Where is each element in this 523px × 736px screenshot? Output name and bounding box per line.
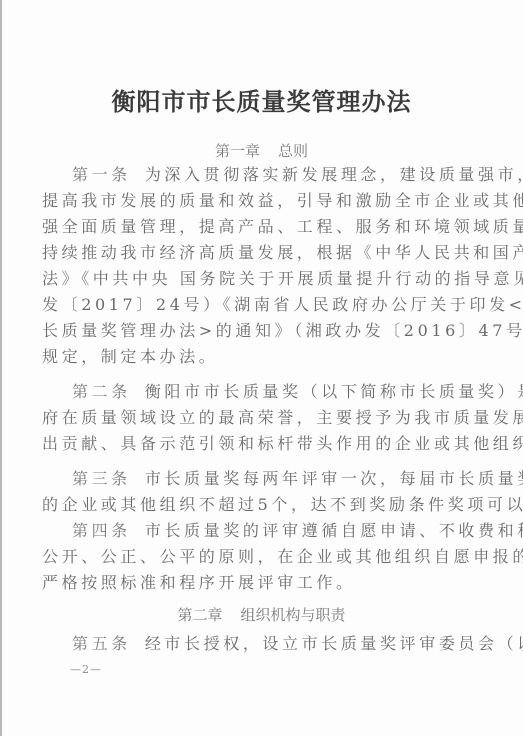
chapter-heading-1: 第一章总则 [0, 140, 523, 161]
article-text: 市长质量奖每两年评审一次，每届市长质量奖获奖 [145, 469, 523, 488]
chapter-number: 第二章 [177, 606, 222, 624]
article-2-line-1: 第二条衡阳市市长质量奖（以下简称市长质量奖）是市政 [72, 382, 462, 402]
article-1-line-3: 强全面质量管理，提高产品、工程、服务和环境领域质量水平， [42, 217, 462, 237]
article-4-line-2: 公开、公正、公平的原则，在企业或其他组织自愿申报的基础上， [42, 547, 462, 567]
article-5-line-1: 第五条经市长授权，设立市长质量奖评审委员会（以下简 [72, 634, 462, 654]
article-1-line-6: 发〔2017〕24号）《湖南省人民政府办公厅关于印发<湖南省省 [42, 295, 462, 315]
chapter-name: 组织机构与职责 [241, 606, 346, 624]
article-1-line-4: 持续推动我市经济高质量发展，根据《中华人民共和国产品质量 [42, 243, 462, 263]
chapter-heading-2: 第二章组织机构与职责 [0, 604, 523, 625]
article-text: 为深入贯彻落实新发展理念，建设质量强市，全面 [145, 165, 523, 184]
article-3-line-2: 的企业或其他组织不超过5个，达不到奖励条件奖项可以空缺。 [42, 495, 462, 515]
chapter-number: 第一章 [215, 142, 260, 160]
article-2-line-3: 出贡献、具备示范引领和标杆带头作用的企业或其他组织。 [42, 434, 462, 454]
document-page: 衡阳市市长质量奖管理办法 第一章总则 第一条为深入贯彻落实新发展理念，建设质量强… [0, 0, 523, 736]
article-3-line-1: 第三条市长质量奖每两年评审一次，每届市长质量奖获奖 [72, 469, 462, 489]
article-3-head: 第三条 [72, 469, 131, 488]
article-1-head: 第一条 [72, 165, 131, 184]
article-text: 市长质量奖的评审遵循自愿申请、不收费和科学、 [145, 521, 523, 540]
article-1-line-8: 规定，制定本办法。 [42, 347, 462, 367]
article-1-line-1: 第一条为深入贯彻落实新发展理念，建设质量强市，全面 [72, 165, 462, 185]
article-4-head: 第四条 [72, 521, 131, 540]
chapter-name: 总则 [278, 142, 308, 160]
article-4-line-1: 第四条市长质量奖的评审遵循自愿申请、不收费和科学、 [72, 521, 462, 541]
article-1-line-2: 提高我市发展的质量和效益，引导和激励全市企业或其他组织加 [42, 191, 462, 211]
document-title: 衡阳市市长质量奖管理办法 [0, 82, 523, 117]
article-2-head: 第二条 [72, 382, 131, 401]
article-2-line-2: 府在质量领域设立的最高荣誉，主要授予为我市质量发展作出突 [42, 408, 462, 428]
article-5-head: 第五条 [72, 634, 131, 653]
article-4-line-3: 严格按照标准和程序开展评审工作。 [42, 573, 462, 593]
article-1-line-5: 法》《中共中央 国务院关于开展质量提升行动的指导意见》（中 [42, 269, 462, 289]
article-text: 衡阳市市长质量奖（以下简称市长质量奖）是市政 [145, 382, 523, 401]
article-1-line-7: 长质量奖管理办法>的通知》（湘政办发〔2016〕47号）等有关 [42, 321, 462, 341]
page-number: —2— [70, 663, 102, 676]
article-text: 经市长授权，设立市长质量奖评审委员会（以下简 [145, 634, 523, 653]
